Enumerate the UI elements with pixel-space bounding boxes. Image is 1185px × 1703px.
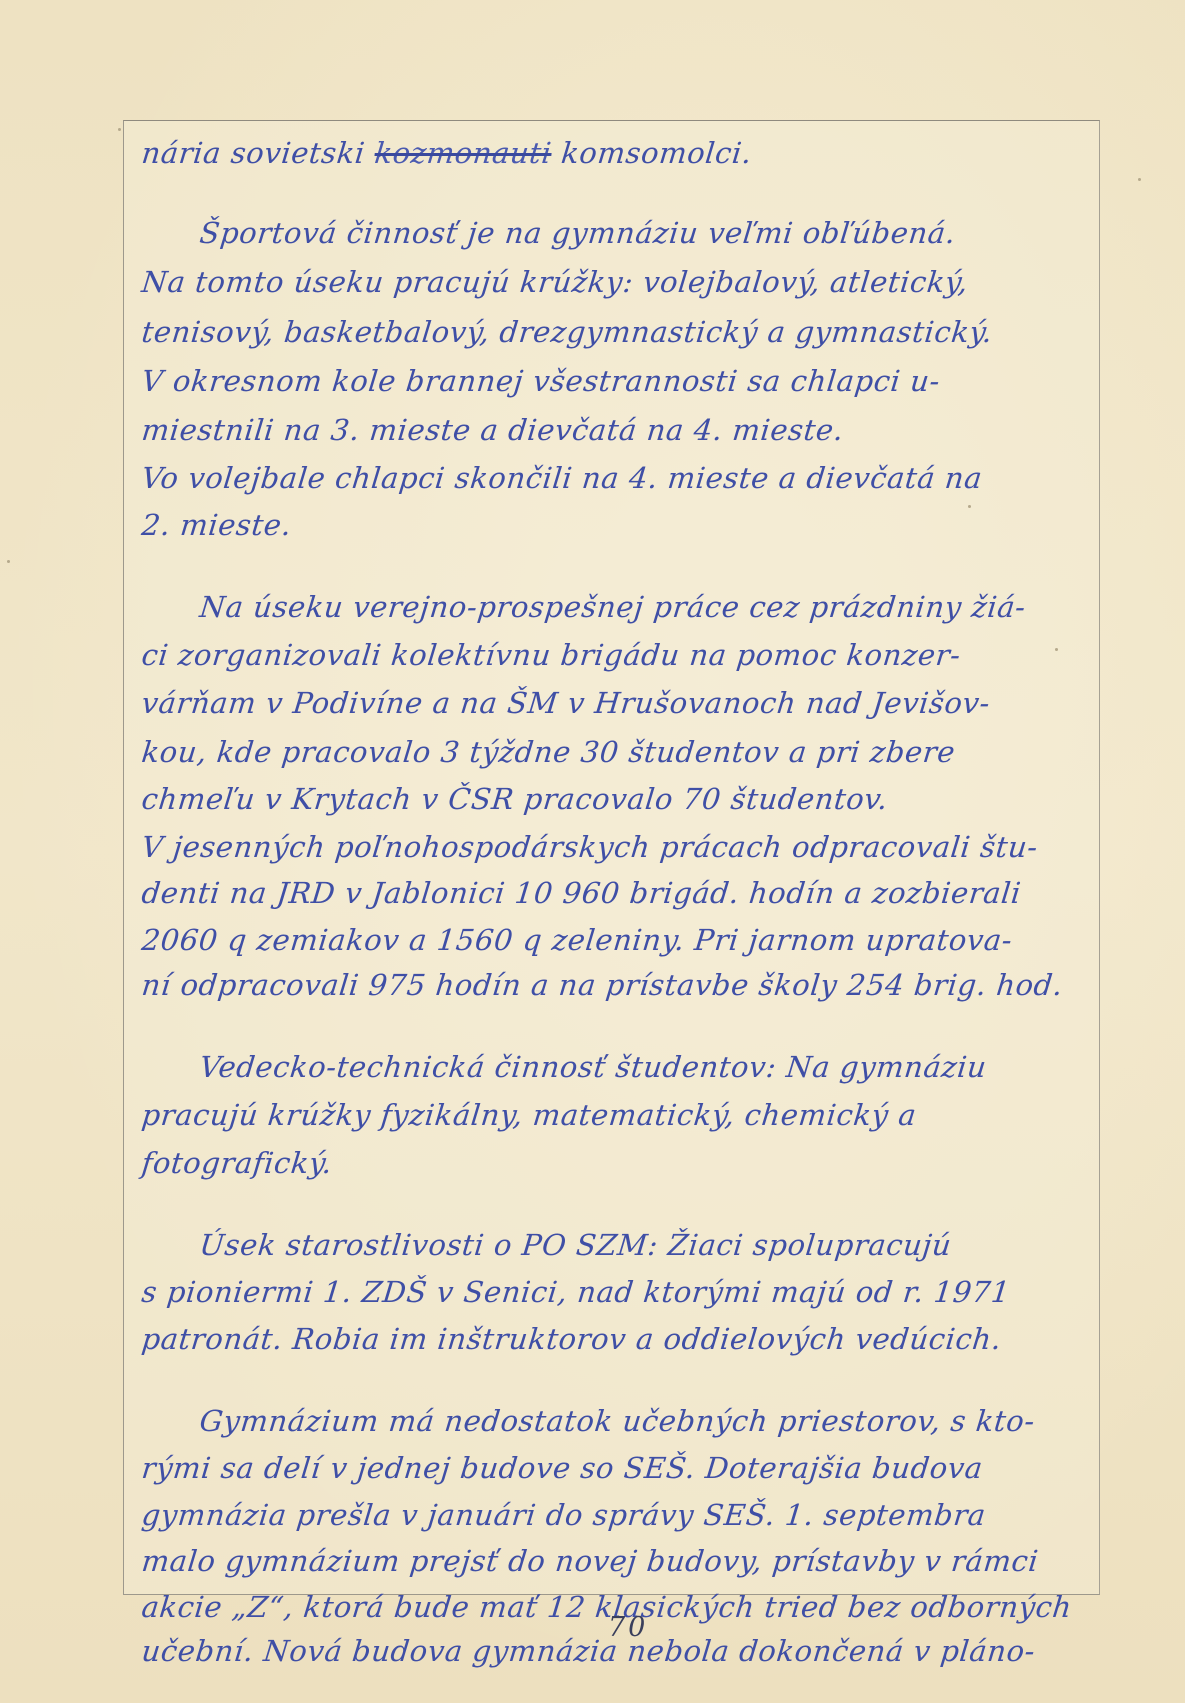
paragraph-public-work-line: 2060 q zemiakov a 1560 q zeleniny. Pri j… (140, 923, 1014, 957)
paragraph-sport-line: miestnili na 3. mieste a dievčatá na 4. … (140, 413, 845, 447)
paragraph-sport-line: Športová činnosť je na gymnáziu veľmi ob… (140, 216, 957, 250)
paragraph-sport-line: Vo volejbale chlapci skončili na 4. mies… (140, 461, 984, 495)
paragraph-building-line: gymnázia prešla v januári do správy SEŠ.… (140, 1498, 988, 1532)
paper-speck (7, 560, 10, 563)
paragraph-science-line: fotografický. (140, 1146, 334, 1180)
text-line-continuation: nária sovietski kozmonauti komsomolci. (140, 136, 754, 170)
paragraph-building-line: akcie „Z“, ktorá bude mať 12 klasických … (140, 1590, 1074, 1624)
paragraph-public-work-line: kou, kde pracovalo 3 týždne 30 študentov… (140, 735, 957, 769)
paragraph-building-line: učební. Nová budova gymnázia nebola doko… (140, 1634, 1037, 1668)
paragraph-building-line: rými sa delí v jednej budove so SEŠ. Dot… (140, 1451, 985, 1485)
paper-speck (1138, 178, 1141, 181)
paragraph-public-work-line: ci zorganizovali kolektívnu brigádu na p… (140, 638, 962, 672)
paragraph-building-line: malo gymnázium prejsť do novej budovy, p… (140, 1544, 1040, 1578)
paragraph-public-work-line: denti na JRD v Jablonici 10 960 brigád. … (140, 876, 1023, 910)
paragraph-public-work-line: chmeľu v Krytach v ČSR pracovalo 70 štud… (140, 782, 890, 816)
struck-out-word: kozmonauti (373, 136, 553, 170)
paragraph-science-line: Vedecko-technická činnosť študentov: Na … (140, 1050, 988, 1084)
paragraph-sport-line: V okresnom kole brannej všestrannosti sa… (140, 364, 942, 398)
paragraph-public-work-line: V jesenných poľnohospodárskych prácach o… (140, 830, 1040, 864)
paragraph-public-work-line: ní odpracovali 975 hodín a na prístavbe … (140, 968, 1065, 1002)
page-number: 70 (608, 1612, 648, 1643)
paper-speck (968, 505, 971, 508)
paragraph-sport-line: tenisový, basketbalový, drezgymnastický … (140, 315, 994, 349)
text-segment: nária sovietski (140, 136, 377, 170)
paragraph-science-line: pracujú krúžky fyzikálny, matematický, c… (140, 1098, 918, 1132)
paragraph-pioneers-line: patronát. Robia im inštruktorov a oddiel… (140, 1322, 1003, 1356)
paper-speck (118, 128, 121, 131)
paragraph-sport-line: 2. mieste. (140, 508, 293, 542)
paragraph-public-work-line: Na úseku verejno-prospešnej práce cez pr… (140, 590, 1027, 624)
text-segment: komsomolci. (550, 136, 754, 170)
paragraph-public-work-line: várňam v Podivíne a na ŠM v Hrušovanoch … (140, 686, 992, 720)
paper-speck (1055, 648, 1058, 651)
paragraph-pioneers-line: Úsek starostlivosti o PO SZM: Žiaci spol… (140, 1228, 953, 1262)
paragraph-sport-line: Na tomto úseku pracujú krúžky: volejbalo… (140, 265, 970, 299)
paragraph-pioneers-line: s pioniermi 1. ZDŠ v Senici, nad ktorými… (140, 1275, 1012, 1309)
paragraph-building-line: Gymnázium má nedostatok učebných priesto… (140, 1404, 1037, 1438)
